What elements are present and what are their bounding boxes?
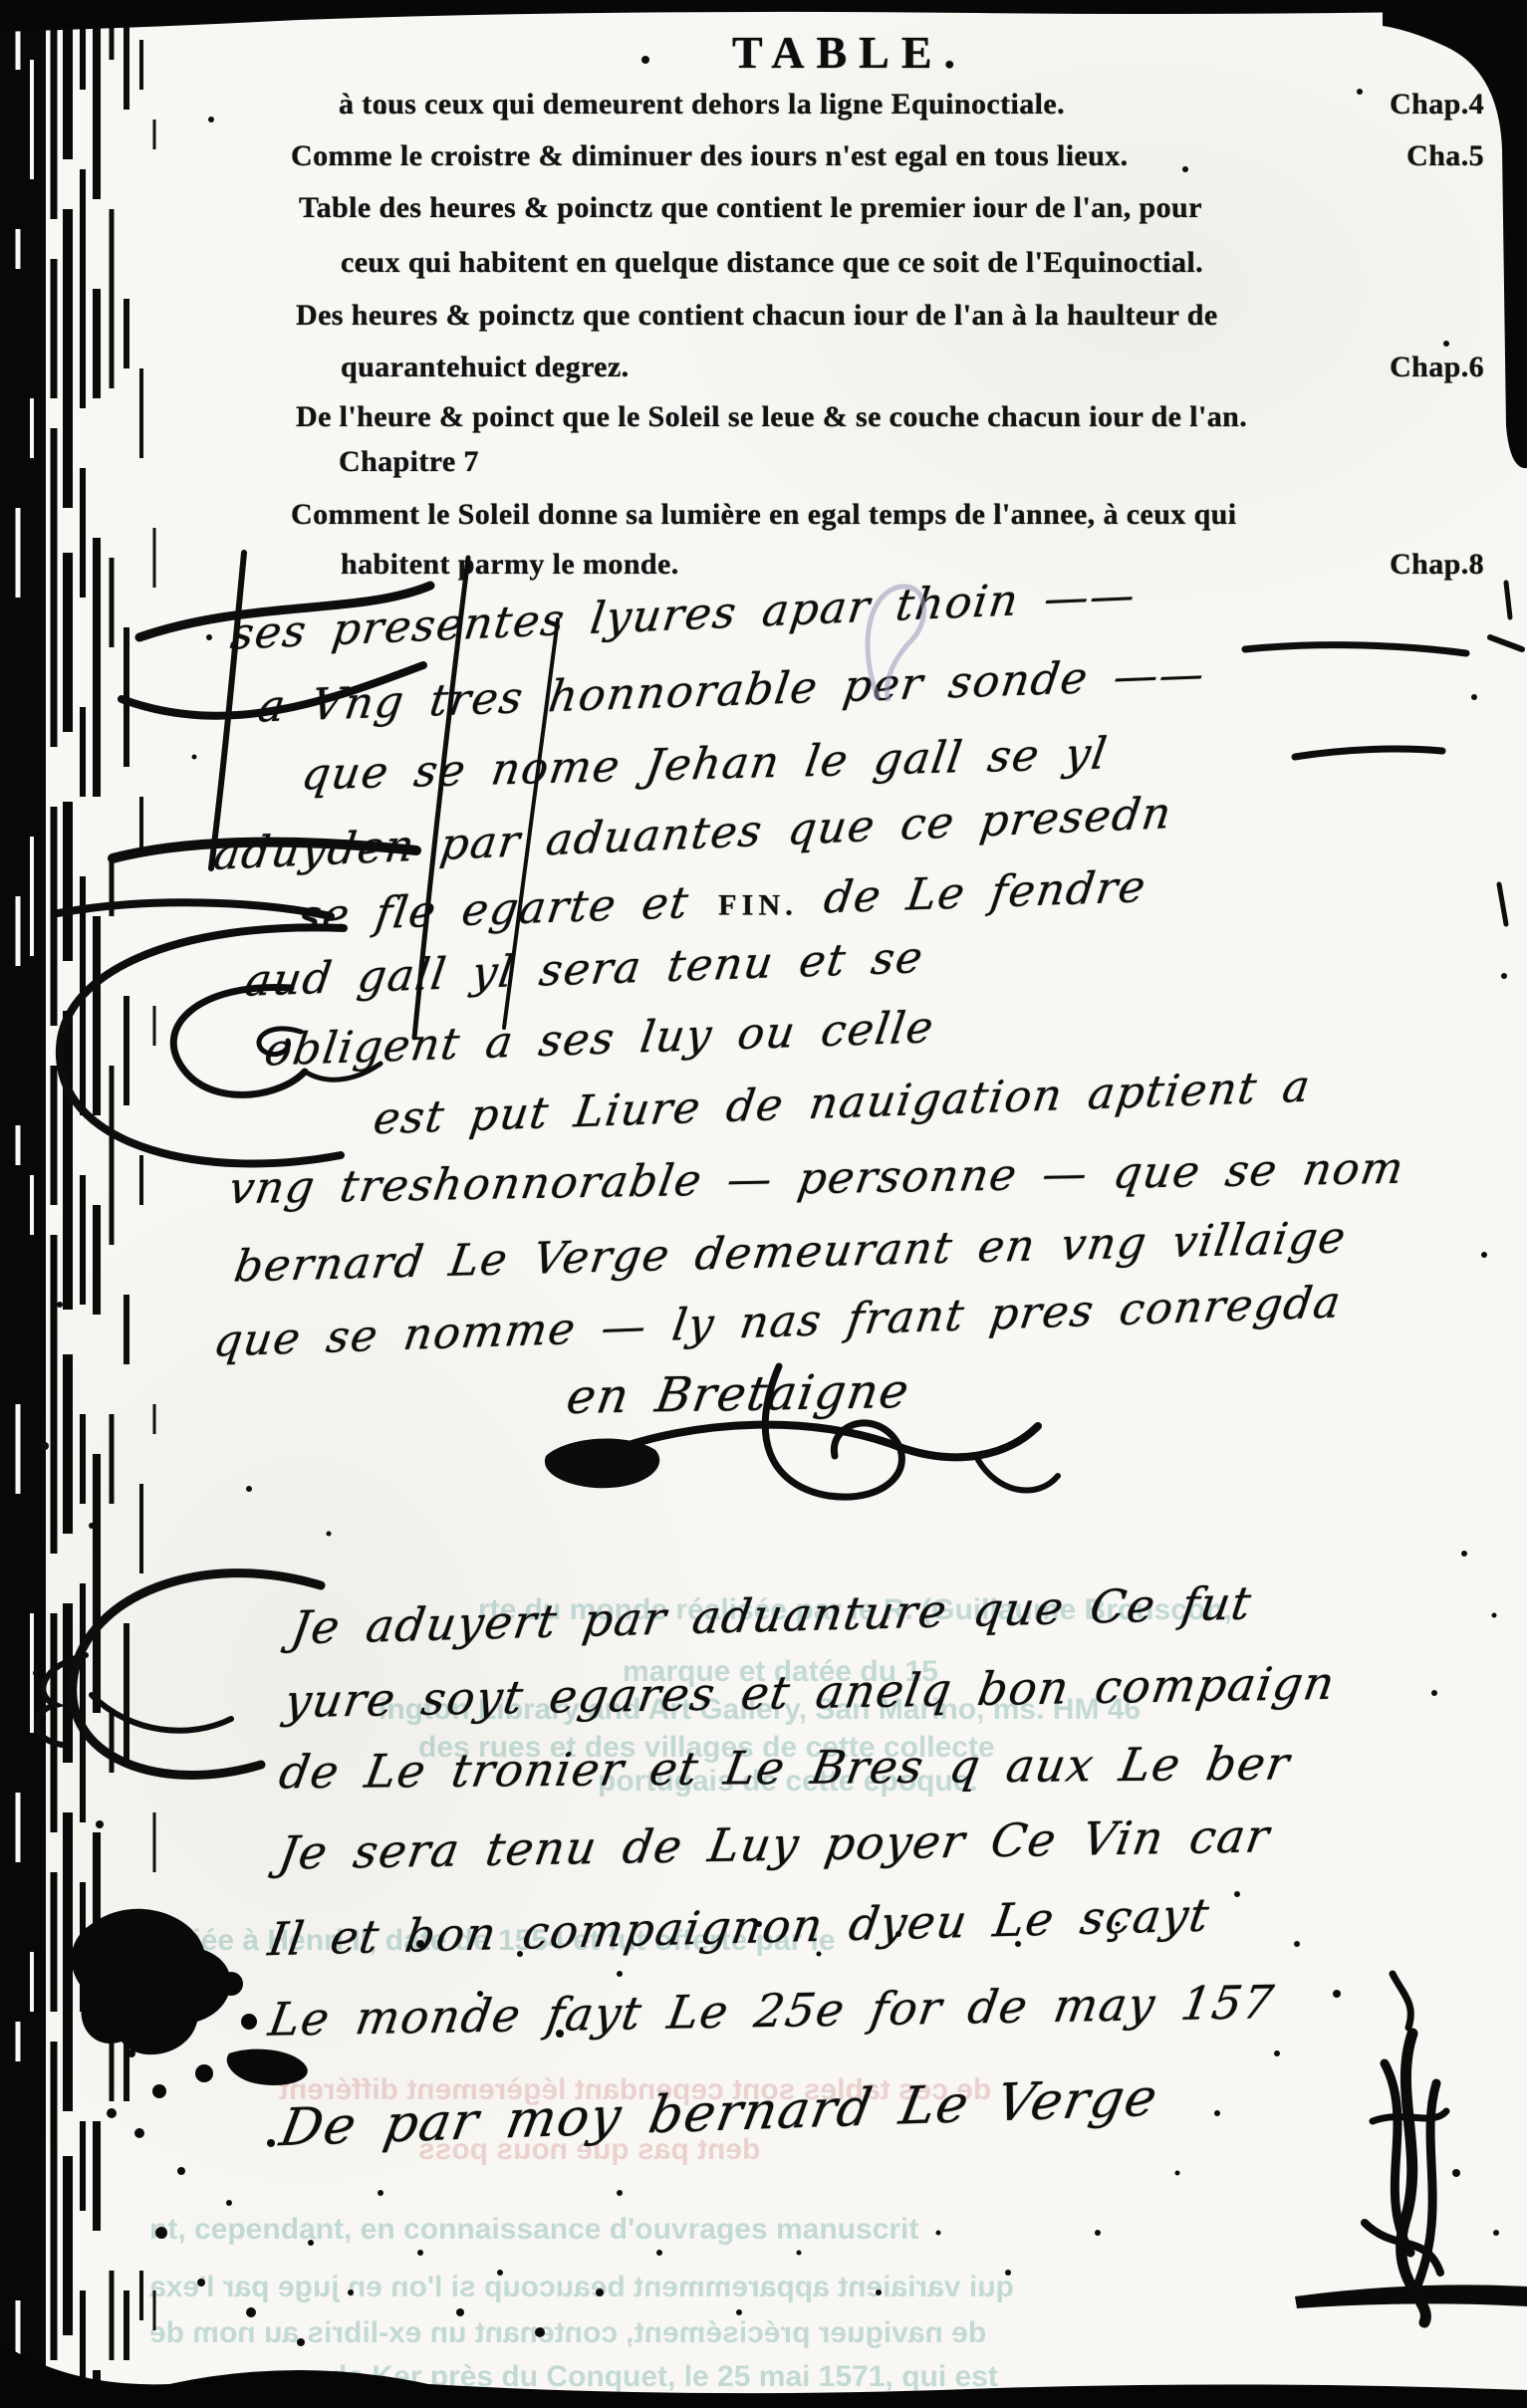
toc-entry: à tous ceux qui demeurent dehors la lign… (339, 88, 1484, 121)
manuscript-text: de Le fendre (821, 861, 1149, 923)
manuscript-line: aud gall yl sera tenu et se (242, 932, 927, 1007)
toc-chapter-ref: Chap.4 (1390, 88, 1484, 121)
page-title: TABLE. (732, 26, 967, 79)
toc-chapter-ref: Chap.6 (1390, 351, 1484, 384)
toc-entry: quarantehuict degrez. Chap.6 (341, 351, 1484, 384)
initial-letter-flourish-2 (37, 1573, 321, 1776)
toc-entry: Comment le Soleil donne sa lumière en eg… (291, 498, 1484, 532)
manuscript-line: en Bretaigne (563, 1363, 913, 1425)
toc-entry-text: Table des heures & poinctz que contient … (299, 191, 1202, 225)
manuscript-line: yure soyt egares et anelq bon compaign (281, 1656, 1340, 1728)
bleedthrough-line: de naviguer précisément, contenant un ex… (149, 2316, 986, 2350)
toc-entry-text: Des heures & poinctz que contient chacun… (296, 299, 1218, 333)
toc-entry-text: Comme le croistre & diminuer des iours n… (291, 139, 1129, 173)
manuscript-line-with-fin: se fle egarte etFIN.de Le fendre (295, 861, 1149, 942)
toc-chapter-ref: Cha.5 (1406, 139, 1484, 173)
toc-entry: Des heures & poinctz que contient chacun… (296, 299, 1484, 333)
toc-entry: ceux qui habitent en quelque distance qu… (341, 246, 1484, 280)
toc-entry: habitent parmy le monde. Chap.8 (341, 548, 1484, 582)
scribble-flourish (1365, 1974, 1446, 2322)
bleedthrough-line: nt, cependant, en connaissance d'ouvrage… (149, 2213, 918, 2247)
toc-entry-text: Chapitre 7 (339, 445, 479, 479)
manuscript-line: Je aduyert par aduanture que Ce fut (288, 1575, 1256, 1654)
manuscript-line: que se nomme — ly nas frant pres conregd… (210, 1277, 1345, 1366)
manuscript-line: vng treshonnorable — personne — que se n… (225, 1143, 1407, 1215)
manuscript-text: se fle egarte et (295, 877, 692, 942)
toc-entry-text: De l'heure & poinct que le Soleil se leu… (296, 400, 1247, 434)
toc-entry-text: ceux qui habitent en quelque distance qu… (341, 246, 1203, 280)
manuscript-line: Je sera tenu de Luy poyer Ce Vin car (275, 1808, 1274, 1879)
manuscript-line: est put Liure de nauigation aptient a (371, 1062, 1315, 1145)
toc-entry: De l'heure & poinct que le Soleil se leu… (296, 400, 1484, 434)
manuscript-line: Le monde fayt Le 25e for de may 157 (265, 1975, 1278, 2047)
printed-fin-label: FIN. (718, 889, 798, 923)
manuscript-line: ses presentes lyures apar thoin —— (228, 570, 1140, 659)
toc-chapter-ref: Chap.8 (1390, 548, 1484, 582)
toc-entry: Table des heures & poinctz que contient … (299, 191, 1484, 225)
ink-smudge (545, 1439, 659, 1489)
binding-gutter-edge (0, 0, 154, 2408)
toc-entry: Comme le croistre & diminuer des iours n… (291, 139, 1484, 173)
scanned-book-page: rte du monde réalisée par le R. (Guillau… (0, 0, 1527, 2408)
toc-entry-text: à tous ceux qui demeurent dehors la lign… (339, 88, 1065, 121)
manuscript-line: que se nome Jehan le gall se yl (298, 728, 1111, 800)
manuscript-line: obligent a ses luy ou celle (262, 1002, 938, 1076)
toc-entry-text: habitent parmy le monde. (341, 548, 679, 582)
toc-entry: Chapitre 7 (339, 445, 1484, 479)
bleedthrough-line: de Ker près du Conquet, le 25 mai 1571, … (329, 2360, 998, 2394)
top-right-corner-band (1383, 6, 1527, 468)
manuscript-line: de Le tronier et Le Bres q aux Le ber (276, 1737, 1295, 1800)
bleedthrough-line: qui variaient apparemment beaucoup si l'… (149, 2271, 1014, 2304)
manuscript-line: a Vng tres honnorable per sonde —— (255, 649, 1209, 733)
toc-entry-text: Comment le Soleil donne sa lumière en eg… (291, 498, 1236, 532)
manuscript-line: bernard Le Verge demeurant en vng villai… (231, 1212, 1351, 1292)
toc-entry-text: quarantehuict degrez. (341, 351, 630, 384)
